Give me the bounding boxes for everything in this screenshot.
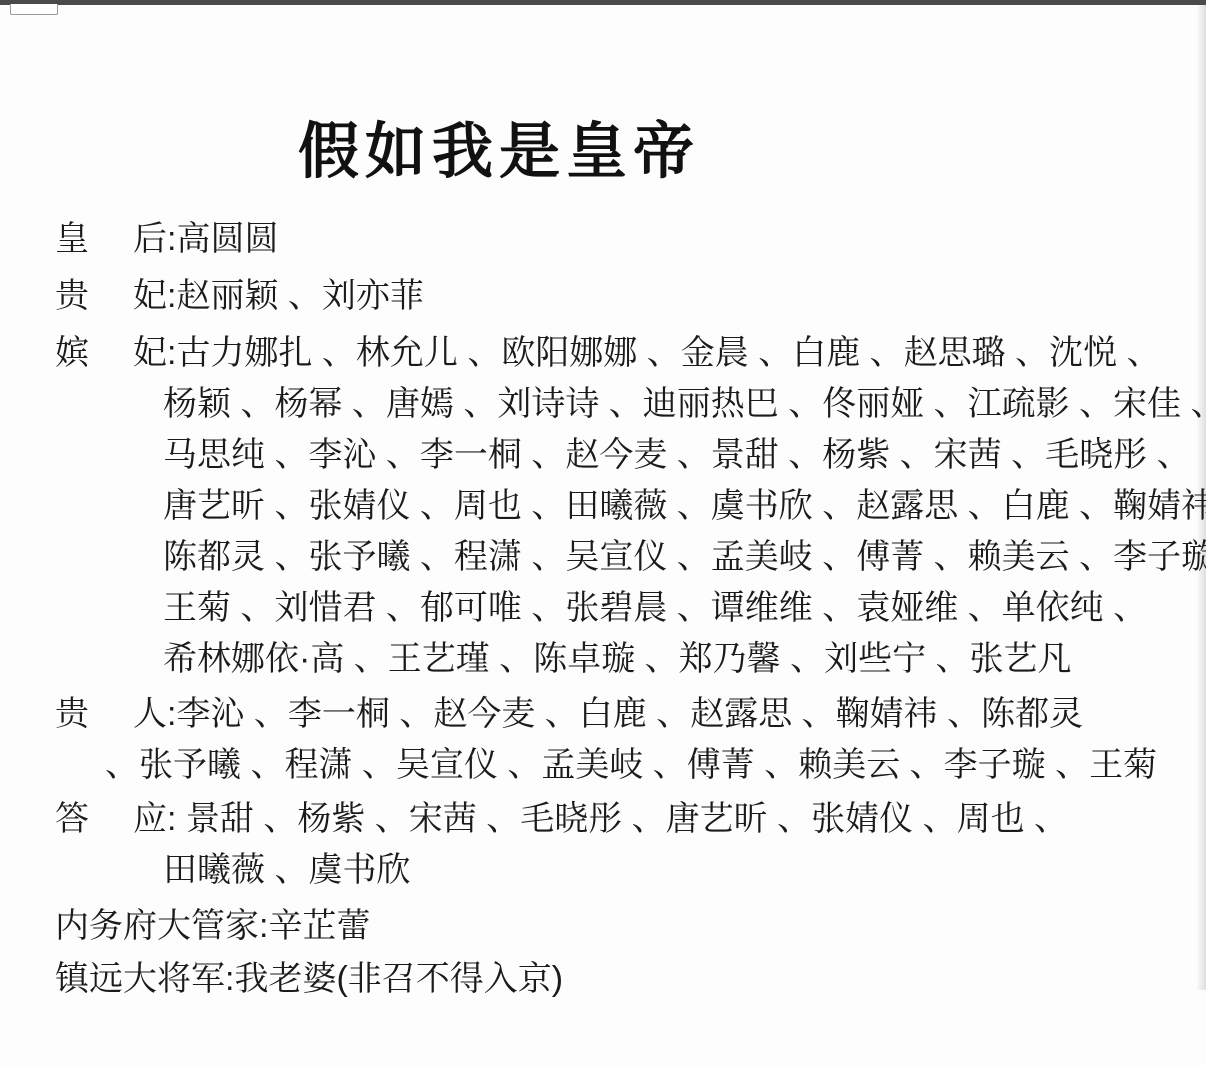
rank-label: 答应 [55, 794, 167, 845]
rank-names-line: 陈都灵 、张予曦 、程潇 、吴宣仪 、孟美岐 、傅菁 、赖美云 、李子璇 、 [0, 532, 1206, 583]
general-line: 镇远大将军:我老婆(非召不得入京) [0, 954, 1206, 1005]
rank-names-line: 、张予曦 、程潇 、吴宣仪 、孟美岐 、傅菁 、赖美云 、李子璇 、王菊 [0, 740, 1206, 791]
rank-list: 皇后:高圆圆 贵妃:赵丽颖 、刘亦菲 嫔妃:古力娜扎 、林允儿 、欧阳娜娜 、金… [0, 214, 1206, 1005]
rank-names-line: 田曦薇 、虞书欣 [0, 845, 1206, 896]
rank-names: 景甜 、杨紫 、宋茜 、毛晓彤 、唐艺昕 、张婧仪 、周也 、 [176, 800, 1068, 838]
rank-names-line: 王菊 、刘惜君 、郁可唯 、张碧晨 、谭维维 、袁娅维 、单依纯 、 [0, 583, 1206, 634]
rank-row-empress: 皇后:高圆圆 [0, 214, 1206, 265]
rank-names-line: 杨颖 、杨幂 、唐嫣 、刘诗诗 、迪丽热巴 、佟丽娅 、江疏影 、宋佳 、 [0, 379, 1206, 430]
rank-label: 嫔妃 [55, 328, 167, 379]
rank-row-noble-consort: 贵妃:赵丽颖 、刘亦菲 [0, 271, 1206, 322]
rank-row-concubines: 嫔妃:古力娜扎 、林允儿 、欧阳娜娜 、金晨 、白鹿 、赵思璐 、沈悦 、 [0, 328, 1206, 379]
rank-names: 赵丽颖 、刘亦菲 [176, 277, 423, 315]
page-title: 假如我是皇帝 [298, 118, 1206, 184]
rank-names-line: 唐艺昕 、张婧仪 、周也 、田曦薇 、虞书欣 、赵露思 、白鹿 、鞠婧祎 、 [0, 481, 1206, 532]
steward-line: 内务府大管家:辛芷蕾 [0, 901, 1206, 952]
rank-row-attendant: 答应: 景甜 、杨紫 、宋茜 、毛晓彤 、唐艺昕 、张婧仪 、周也 、 [0, 794, 1206, 845]
rank-label: 皇后 [55, 214, 167, 265]
rank-names-line: 马思纯 、李沁 、李一桐 、赵今麦 、景甜 、杨紫 、宋茜 、毛晓彤 、 [0, 430, 1206, 481]
rank-names: 古力娜扎 、林允儿 、欧阳娜娜 、金晨 、白鹿 、赵思璐 、沈悦 、 [176, 334, 1160, 372]
rank-names: 高圆圆 [176, 220, 278, 258]
document-page: 假如我是皇帝 皇后:高圆圆 贵妃:赵丽颖 、刘亦菲 嫔妃:古力娜扎 、林允儿 、… [0, 0, 1206, 1005]
rank-names-line: 希林娜依·高 、王艺瑾 、陈卓璇 、郑乃馨 、刘些宁 、张艺凡 [0, 634, 1206, 685]
rank-names: 李沁 、李一桐 、赵今麦 、白鹿 、赵露思 、鞠婧祎 、陈都灵 [176, 695, 1083, 733]
rank-row-noble-lady: 贵人:李沁 、李一桐 、赵今麦 、白鹿 、赵露思 、鞠婧祎 、陈都灵 [0, 689, 1206, 740]
rank-label: 贵妃 [55, 271, 167, 322]
rank-label: 贵人 [55, 689, 167, 740]
